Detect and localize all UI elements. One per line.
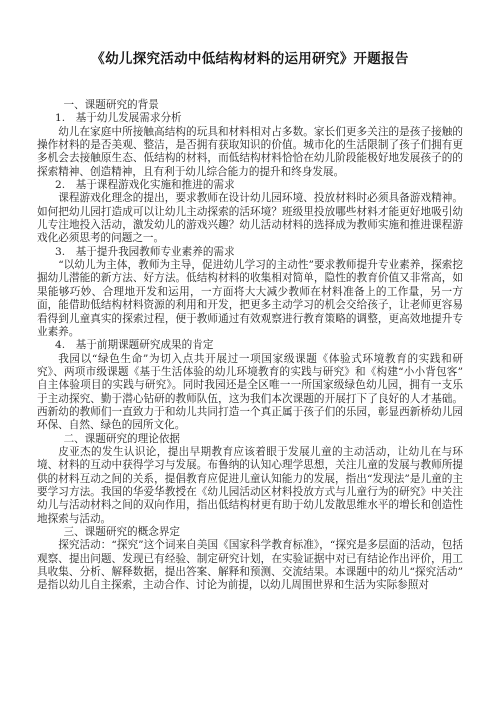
sub-heading-1-4: 4. 基于前期课题研究成果的肯定 [37,339,463,352]
sub-heading-1-1: 1. 基于幼儿发展需求分析 [37,112,463,125]
body-paragraph-1-4: 我园以“绿色生命”为切入点共开展过一项国家级课题《体验式环境教育的实践和研究》、… [37,353,463,433]
document-page: 《幼儿探究活动中低结构材料的运用研究》开题报告 一、课题研究的背景 1. 基于幼… [0,0,500,707]
section-heading-2: 二、课题研究的理论依据 [37,433,463,446]
sub-heading-1-3: 3. 基于提升我园教师专业素养的需求 [37,246,463,259]
section-heading-3: 三、课题研究的概念界定 [37,526,463,539]
section-heading-1: 一、课题研究的背景 [37,99,463,112]
body-paragraph-3-1: 探究活动：“探究”这个词来自美国《国家科学教育标准》，“探究是多层面的活动，包括… [37,539,463,592]
body-paragraph-1-1: 幼儿在家庭中所接触高结构的玩具和材料相对占多数。家长们更多关注的是孩子接触的操作… [37,126,463,179]
page-title: 《幼儿探究活动中低结构材料的运用研究》开题报告 [37,47,463,67]
sub-heading-1-2: 2. 基于课程游戏化实施和推进的需求 [37,179,463,192]
document-content: 《幼儿探究活动中低结构材料的运用研究》开题报告 一、课题研究的背景 1. 基于幼… [0,0,500,593]
body-paragraph-1-2: 课程游戏化理念的提出，要求教师在设计幼儿园环境、投放材料时必须具备游戏精神。如何… [37,192,463,245]
body-paragraph-1-3: “以幼儿为主体，教师为主导，促进幼儿学习的主动性”要求教师提升专业素养，探索挖掘… [37,259,463,339]
body-paragraph-2-1: 皮亚杰的发生认识论，提出早期教育应该着眼于发展儿童的主动活动，让幼儿在与环境、材… [37,446,463,526]
